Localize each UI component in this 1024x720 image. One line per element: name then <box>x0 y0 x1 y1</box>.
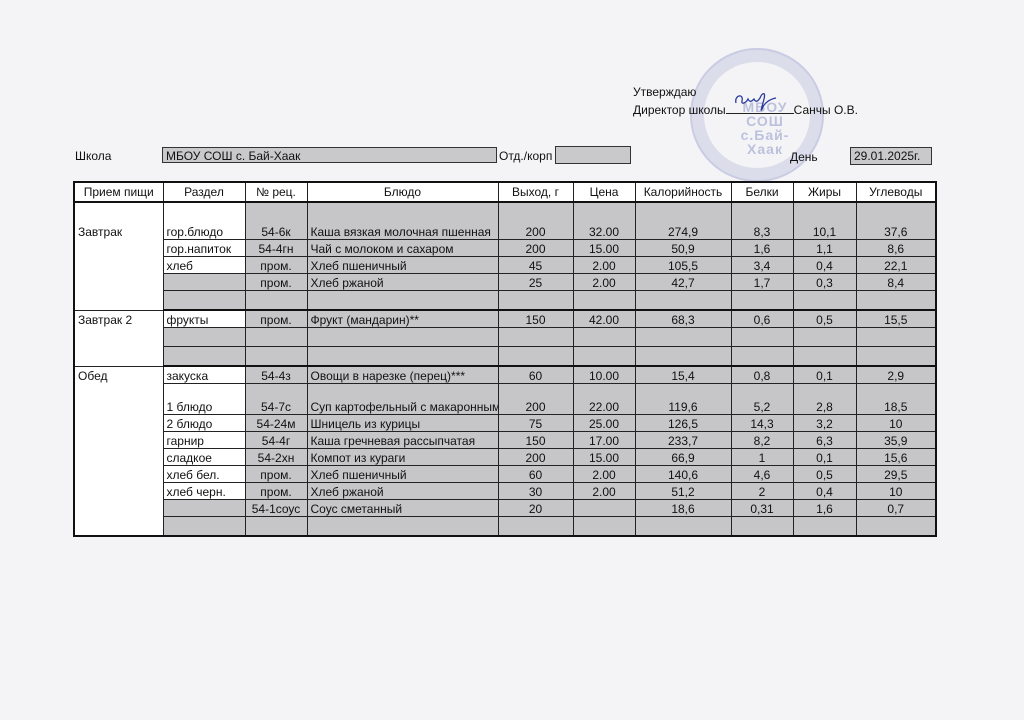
table-row: Завтрак 2фруктыпром.Фрукт (мандарин)**15… <box>74 310 936 328</box>
recipe-cell: 54-1соус <box>245 500 307 517</box>
dish-cell: Фрукт (мандарин)** <box>307 310 498 328</box>
carbs-cell <box>856 328 936 347</box>
carbs-cell <box>856 347 936 367</box>
table-row: хлеб черн.пром.Хлеб ржаной302.0051,220,4… <box>74 483 936 500</box>
table-row <box>74 328 936 347</box>
table-row: Обедзакуска54-4зОвощи в нарезке (перец)*… <box>74 366 936 384</box>
section-cell <box>163 347 245 367</box>
carbs-cell: 29,5 <box>856 466 936 483</box>
fat-cell <box>793 347 856 367</box>
fat-cell: 0,1 <box>793 449 856 466</box>
price-cell: 2.00 <box>573 466 635 483</box>
table-row: 1 блюдо54-7сСуп картофельный с макаронны… <box>74 384 936 415</box>
yield-cell: 200 <box>498 240 573 257</box>
price-cell: 2.00 <box>573 257 635 274</box>
price-cell: 22.00 <box>573 384 635 415</box>
section-cell: гор.напиток <box>163 240 245 257</box>
director-label: Директор школы <box>633 103 726 117</box>
recipe-cell: 54-6к <box>245 202 307 240</box>
dish-cell: Хлеб пшеничный <box>307 466 498 483</box>
price-cell: 15.00 <box>573 449 635 466</box>
section-cell: 1 блюдо <box>163 384 245 415</box>
table-row: 54-1соусСоус сметанный2018,60,311,60,7 <box>74 500 936 517</box>
kcal-cell: 119,6 <box>635 384 731 415</box>
yield-cell <box>498 517 573 537</box>
fat-cell: 1,6 <box>793 500 856 517</box>
protein-cell: 0,6 <box>731 310 793 328</box>
school-field[interactable]: МБОУ СОШ с. Бай-Хаак <box>162 147 497 163</box>
table-row: хлебпром.Хлеб пшеничный452.00105,53,40,4… <box>74 257 936 274</box>
recipe-cell: 54-24м <box>245 415 307 432</box>
fat-cell: 3,2 <box>793 415 856 432</box>
section-cell <box>163 517 245 537</box>
section-cell: гор.блюдо <box>163 202 245 240</box>
carbs-cell <box>856 291 936 311</box>
price-cell: 2.00 <box>573 274 635 291</box>
table-row <box>74 517 936 537</box>
fat-cell: 2,8 <box>793 384 856 415</box>
dish-cell: Суп картофельный с макаронными изделиями <box>307 384 498 415</box>
price-cell: 17.00 <box>573 432 635 449</box>
carbs-cell: 0,7 <box>856 500 936 517</box>
fat-cell: 0,4 <box>793 257 856 274</box>
yield-cell: 30 <box>498 483 573 500</box>
protein-cell: 1 <box>731 449 793 466</box>
recipe-cell: 54-4гн <box>245 240 307 257</box>
protein-cell <box>731 517 793 537</box>
fat-cell: 0,5 <box>793 310 856 328</box>
table-row: хлеб бел.пром.Хлеб пшеничный602.00140,64… <box>74 466 936 483</box>
carbs-cell: 8,4 <box>856 274 936 291</box>
table-row: пром.Хлеб ржаной252.0042,71,70,38,4 <box>74 274 936 291</box>
section-cell: закуска <box>163 366 245 384</box>
day-label: День <box>790 150 818 164</box>
dish-cell: Каша гречневая рассыпчатая <box>307 432 498 449</box>
yield-cell: 60 <box>498 466 573 483</box>
protein-cell: 8,3 <box>731 202 793 240</box>
col-header: Белки <box>731 182 793 202</box>
price-cell <box>573 328 635 347</box>
day-field[interactable]: 29.01.2025г. <box>850 147 932 165</box>
dish-cell <box>307 517 498 537</box>
protein-cell <box>731 291 793 311</box>
section-cell: гарнир <box>163 432 245 449</box>
protein-cell: 14,3 <box>731 415 793 432</box>
section-cell: сладкое <box>163 449 245 466</box>
table-row <box>74 291 936 311</box>
kcal-cell: 18,6 <box>635 500 731 517</box>
recipe-cell: пром. <box>245 274 307 291</box>
table-row <box>74 347 936 367</box>
fat-cell: 6,3 <box>793 432 856 449</box>
recipe-cell: 54-7с <box>245 384 307 415</box>
yield-cell: 25 <box>498 274 573 291</box>
dish-cell: Чай с молоком и сахаром <box>307 240 498 257</box>
carbs-cell: 10 <box>856 415 936 432</box>
yield-cell <box>498 347 573 367</box>
section-cell <box>163 274 245 291</box>
recipe-cell: пром. <box>245 257 307 274</box>
kcal-cell: 126,5 <box>635 415 731 432</box>
col-header: Раздел <box>163 182 245 202</box>
protein-cell <box>731 347 793 367</box>
table-row: гарнир54-4гКаша гречневая рассыпчатая150… <box>74 432 936 449</box>
kcal-cell: 66,9 <box>635 449 731 466</box>
meal-cell: Завтрак 2 <box>74 310 163 366</box>
col-header: № рец. <box>245 182 307 202</box>
carbs-cell: 8,6 <box>856 240 936 257</box>
yield-cell: 20 <box>498 500 573 517</box>
protein-cell: 4,6 <box>731 466 793 483</box>
fat-cell <box>793 328 856 347</box>
section-cell: хлеб черн. <box>163 483 245 500</box>
kcal-cell: 105,5 <box>635 257 731 274</box>
fat-cell: 0,1 <box>793 366 856 384</box>
yield-cell: 45 <box>498 257 573 274</box>
price-cell <box>573 517 635 537</box>
yield-cell <box>498 291 573 311</box>
carbs-cell: 15,6 <box>856 449 936 466</box>
recipe-cell <box>245 347 307 367</box>
yield-cell: 75 <box>498 415 573 432</box>
price-cell: 25.00 <box>573 415 635 432</box>
kcal-cell: 233,7 <box>635 432 731 449</box>
col-header: Цена <box>573 182 635 202</box>
price-cell <box>573 347 635 367</box>
fat-cell: 10,1 <box>793 202 856 240</box>
kcal-cell <box>635 291 731 311</box>
dish-cell <box>307 347 498 367</box>
recipe-cell: пром. <box>245 310 307 328</box>
recipe-cell: пром. <box>245 466 307 483</box>
price-cell <box>573 500 635 517</box>
section-cell: хлеб бел. <box>163 466 245 483</box>
carbs-cell: 22,1 <box>856 257 936 274</box>
section-cell <box>163 500 245 517</box>
menu-table: Прием пищи Раздел № рец. Блюдо Выход, г … <box>73 181 937 537</box>
table-row: сладкое54-2хнКомпот из кураги20015.0066,… <box>74 449 936 466</box>
col-header: Калорийность <box>635 182 731 202</box>
fat-cell: 0,5 <box>793 466 856 483</box>
dish-cell: Хлеб пшеничный <box>307 257 498 274</box>
recipe-cell <box>245 328 307 347</box>
table-row: Завтракгор.блюдо54-6кКаша вязкая молочна… <box>74 202 936 240</box>
dish-cell <box>307 291 498 311</box>
fat-cell: 0,3 <box>793 274 856 291</box>
price-cell: 42.00 <box>573 310 635 328</box>
protein-cell: 0,31 <box>731 500 793 517</box>
kcal-cell: 51,2 <box>635 483 731 500</box>
protein-cell: 0,8 <box>731 366 793 384</box>
director-name: Санчы О.В. <box>794 103 858 117</box>
recipe-cell: пром. <box>245 483 307 500</box>
carbs-cell: 2,9 <box>856 366 936 384</box>
yield-cell: 200 <box>498 384 573 415</box>
table-header-row: Прием пищи Раздел № рец. Блюдо Выход, г … <box>74 182 936 202</box>
yield-cell: 150 <box>498 432 573 449</box>
fat-cell: 0,4 <box>793 483 856 500</box>
protein-cell: 3,4 <box>731 257 793 274</box>
section-cell <box>163 328 245 347</box>
signature-icon <box>732 89 784 115</box>
protein-cell: 8,2 <box>731 432 793 449</box>
section-cell: хлеб <box>163 257 245 274</box>
protein-cell: 5,2 <box>731 384 793 415</box>
price-cell: 15.00 <box>573 240 635 257</box>
price-cell: 10.00 <box>573 366 635 384</box>
col-header: Прием пищи <box>74 182 163 202</box>
section-cell <box>163 291 245 311</box>
carbs-cell: 37,6 <box>856 202 936 240</box>
col-header: Жиры <box>793 182 856 202</box>
dish-cell: Хлеб ржаной <box>307 483 498 500</box>
kcal-cell: 15,4 <box>635 366 731 384</box>
meal-cell: Завтрак <box>74 202 163 310</box>
protein-cell: 1,6 <box>731 240 793 257</box>
dish-cell: Хлеб ржаной <box>307 274 498 291</box>
kcal-cell: 68,3 <box>635 310 731 328</box>
recipe-cell <box>245 517 307 537</box>
carbs-cell: 15,5 <box>856 310 936 328</box>
kcal-cell: 42,7 <box>635 274 731 291</box>
col-header: Блюдо <box>307 182 498 202</box>
price-cell: 2.00 <box>573 483 635 500</box>
signature-line <box>726 101 794 114</box>
dish-cell: Каша вязкая молочная пшенная <box>307 202 498 240</box>
kcal-cell: 140,6 <box>635 466 731 483</box>
yield-cell: 60 <box>498 366 573 384</box>
dish-cell: Компот из кураги <box>307 449 498 466</box>
yield-cell: 150 <box>498 310 573 328</box>
dish-cell <box>307 328 498 347</box>
recipe-cell: 54-2хн <box>245 449 307 466</box>
protein-cell <box>731 328 793 347</box>
price-cell <box>573 291 635 311</box>
dept-field[interactable] <box>555 146 631 164</box>
kcal-cell <box>635 347 731 367</box>
dish-cell: Овощи в нарезке (перец)*** <box>307 366 498 384</box>
fat-cell <box>793 517 856 537</box>
school-label: Школа <box>75 149 111 163</box>
dish-cell: Соус сметанный <box>307 500 498 517</box>
yield-cell <box>498 328 573 347</box>
yield-cell: 200 <box>498 202 573 240</box>
carbs-cell: 10 <box>856 483 936 500</box>
kcal-cell <box>635 328 731 347</box>
price-cell: 32.00 <box>573 202 635 240</box>
table-row: гор.напиток54-4гнЧай с молоком и сахаром… <box>74 240 936 257</box>
recipe-cell <box>245 291 307 311</box>
recipe-cell: 54-4з <box>245 366 307 384</box>
protein-cell: 1,7 <box>731 274 793 291</box>
fat-cell: 1,1 <box>793 240 856 257</box>
col-header: Выход, г <box>498 182 573 202</box>
approval-block: Утверждаю Директор школыСанчы О.В. <box>633 84 858 119</box>
kcal-cell: 50,9 <box>635 240 731 257</box>
carbs-cell: 35,9 <box>856 432 936 449</box>
section-cell: 2 блюдо <box>163 415 245 432</box>
meal-cell: Обед <box>74 366 163 536</box>
dept-label: Отд./корп <box>499 149 552 163</box>
col-header: Углеводы <box>856 182 936 202</box>
recipe-cell: 54-4г <box>245 432 307 449</box>
dish-cell: Шницель из курицы <box>307 415 498 432</box>
fat-cell <box>793 291 856 311</box>
yield-cell: 200 <box>498 449 573 466</box>
kcal-cell <box>635 517 731 537</box>
section-cell: фрукты <box>163 310 245 328</box>
table-row: 2 блюдо54-24мШницель из курицы7525.00126… <box>74 415 936 432</box>
protein-cell: 2 <box>731 483 793 500</box>
kcal-cell: 274,9 <box>635 202 731 240</box>
carbs-cell <box>856 517 936 537</box>
carbs-cell: 18,5 <box>856 384 936 415</box>
